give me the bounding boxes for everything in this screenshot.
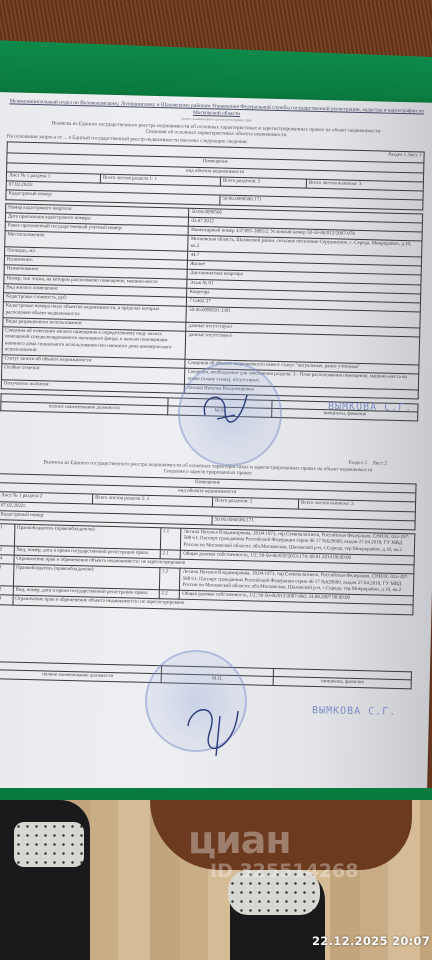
signature-1 [195,385,255,435]
row-label: Сведения об отнесении жилого помещения к… [2,327,186,359]
left-sock [14,822,84,867]
row-label: Ограничение прав и обременение объекта н… [16,557,140,565]
row-num: 1 [0,564,14,586]
row-sub: 1.1 [160,528,181,550]
name-stamp-2: ВЫМКОВА С.Г. [312,705,396,717]
photo-timestamp: 22.12.2025 20:07 [312,934,430,948]
section2-page-label: Раздел 2 [348,460,367,466]
row-sub: 2.2 [159,590,180,600]
name-caption-2: инициалы, фамилия [273,676,411,689]
row-value-text: не зарегистрировано [141,560,185,566]
row-sub: 2.1 [160,550,181,560]
row-num: 1 [0,524,15,546]
section1-header-table: Раздел 1 Лист 1 Помещение вид объекта не… [5,142,424,210]
row-sub: 1.2 [159,568,180,590]
signature-2 [180,696,250,766]
row-num: 4 [0,555,14,565]
row-num: 2 [0,546,14,556]
row-num: 2 [0,586,13,596]
row-num: 4 [0,595,13,605]
rights-table: 1Правообладатель (правообладатели):1.1Ле… [0,523,415,615]
row-label: Ограничение прав и обременение объекта н… [15,597,139,605]
cian-watermark-logo: циан [188,818,291,862]
section2-sheet-label: Лист 2 [372,461,387,467]
name-stamp-1: ВЫМКОВА С.Г. [328,401,412,413]
row-value-text: не зарегистрировано [140,600,184,606]
section2-header-table: Помещение вид объекта недвижимости Лист … [0,473,417,530]
cian-watermark-id: ID 325514268 [210,860,358,882]
